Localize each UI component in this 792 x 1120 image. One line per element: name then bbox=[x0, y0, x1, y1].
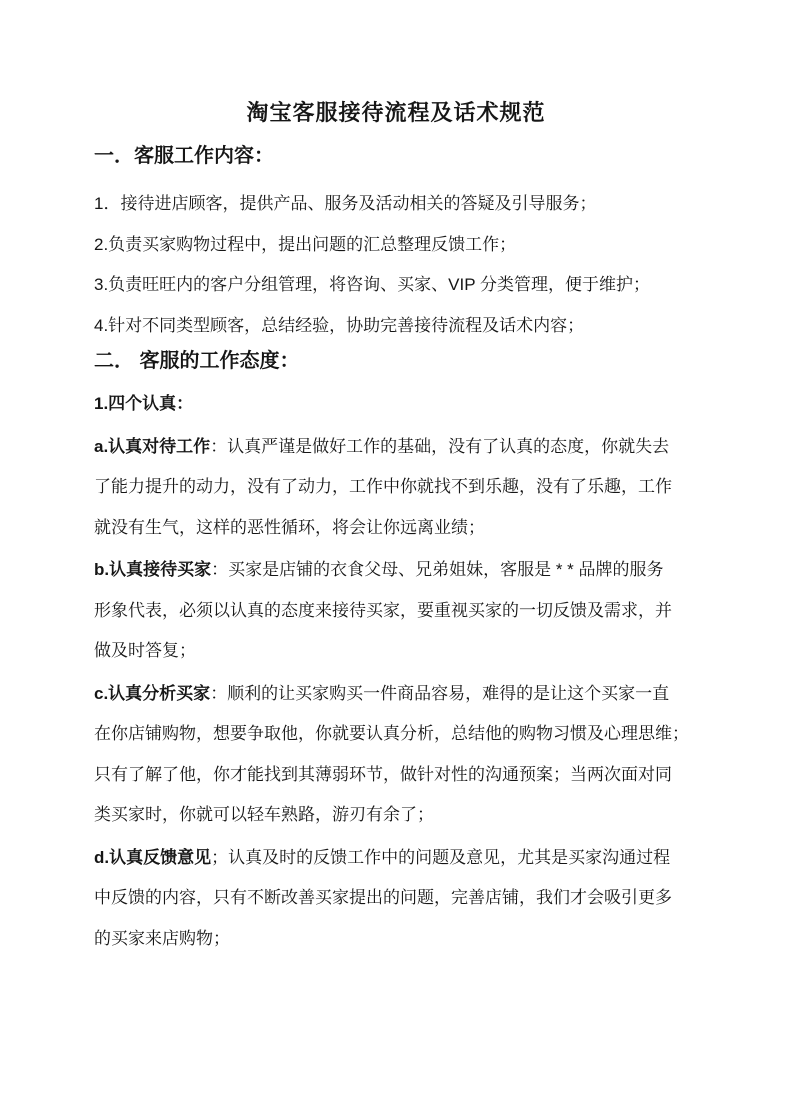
section-1-items: 1．接待进店顾客，提供产品、服务及活动相关的答疑及引导服务； 2.负责买家购物过… bbox=[94, 184, 669, 346]
paragraph-c-line: 在你店铺购物，想要争取他，你就要认真分析，总结他的购物习惯及心理思维； bbox=[94, 714, 669, 755]
document-title: 淘宝客服接待流程及话术规范 bbox=[0, 96, 792, 127]
paragraph-b-lead: b.认真接待买家 bbox=[94, 560, 211, 579]
section-1-heading: 一．客服工作内容： bbox=[94, 142, 669, 170]
paragraph-b-line: 做及时答复； bbox=[94, 631, 669, 672]
list-item: 4.针对不同类型顾客，总结经验，协助完善接待流程及话术内容； bbox=[94, 306, 669, 347]
paragraph-a-lead: a.认真对待工作 bbox=[94, 437, 210, 456]
paragraph-a: a.认真对待工作：认真严谨是做好工作的基础，没有了认真的态度，你就失去 了能力提… bbox=[94, 427, 669, 549]
paragraph-d-first-line: d.认真反馈意见；认真及时的反馈工作中的问题及意见，尤其是买家沟通过程 bbox=[94, 838, 669, 879]
paragraph-a-line: 就没有生气，这样的恶性循环，将会让你远离业绩； bbox=[94, 508, 669, 549]
section-2-subheading: 1.四个认真： bbox=[94, 384, 669, 425]
paragraph-d: d.认真反馈意见；认真及时的反馈工作中的问题及意见，尤其是买家沟通过程 中反馈的… bbox=[94, 838, 669, 960]
paragraph-d-lead: d.认真反馈意见 bbox=[94, 848, 211, 867]
paragraph-c-first-line: c.认真分析买家：顺利的让买家购买一件商品容易，难得的是让这个买家一直 bbox=[94, 674, 669, 715]
paragraph-a-line: 了能力提升的动力，没有了动力，工作中你就找不到乐趣，没有了乐趣，工作 bbox=[94, 467, 669, 508]
paragraph-b-first-line: b.认真接待买家：买家是店铺的衣食父母、兄弟姐妹，客服是 * * 品牌的服务 bbox=[94, 550, 669, 591]
paragraph-b: b.认真接待买家：买家是店铺的衣食父母、兄弟姐妹，客服是 * * 品牌的服务 形… bbox=[94, 550, 669, 672]
paragraph-d-line: 的买家来店购物； bbox=[94, 919, 669, 960]
document-page: 淘宝客服接待流程及话术规范 一．客服工作内容： 1．接待进店顾客，提供产品、服务… bbox=[0, 0, 792, 1120]
list-item: 3.负责旺旺内的客户分组管理，将咨询、买家、VIP 分类管理，便于维护； bbox=[94, 265, 669, 306]
paragraph-b-rest: ：买家是店铺的衣食父母、兄弟姐妹，客服是 * * 品牌的服务 bbox=[211, 560, 663, 579]
paragraph-c-rest: ：顺利的让买家购买一件商品容易，难得的是让这个买家一直 bbox=[210, 684, 669, 703]
paragraph-c: c.认真分析买家：顺利的让买家购买一件商品容易，难得的是让这个买家一直 在你店铺… bbox=[94, 674, 669, 836]
list-item: 2.负责买家购物过程中，提出问题的汇总整理反馈工作； bbox=[94, 225, 669, 266]
paragraph-c-line: 只有了解了他，你才能找到其薄弱环节，做针对性的沟通预案；当两次面对同 bbox=[94, 755, 669, 796]
paragraph-a-rest: ：认真严谨是做好工作的基础，没有了认真的态度，你就失去 bbox=[210, 437, 669, 456]
paragraph-c-lead: c.认真分析买家 bbox=[94, 684, 210, 703]
section-2-heading: 二． 客服的工作态度： bbox=[94, 346, 669, 376]
document-body: 一．客服工作内容： 1．接待进店顾客，提供产品、服务及活动相关的答疑及引导服务；… bbox=[94, 142, 669, 959]
paragraph-a-first-line: a.认真对待工作：认真严谨是做好工作的基础，没有了认真的态度，你就失去 bbox=[94, 427, 669, 468]
paragraph-c-line: 类买家时，你就可以轻车熟路，游刃有余了； bbox=[94, 795, 669, 836]
paragraph-d-rest: ；认真及时的反馈工作中的问题及意见，尤其是买家沟通过程 bbox=[211, 848, 670, 867]
paragraph-b-line: 形象代表，必须以认真的态度来接待买家，要重视买家的一切反馈及需求，并 bbox=[94, 591, 669, 632]
paragraph-d-line: 中反馈的内容，只有不断改善买家提出的问题，完善店铺，我们才会吸引更多 bbox=[94, 878, 669, 919]
list-item: 1．接待进店顾客，提供产品、服务及活动相关的答疑及引导服务； bbox=[94, 184, 669, 225]
